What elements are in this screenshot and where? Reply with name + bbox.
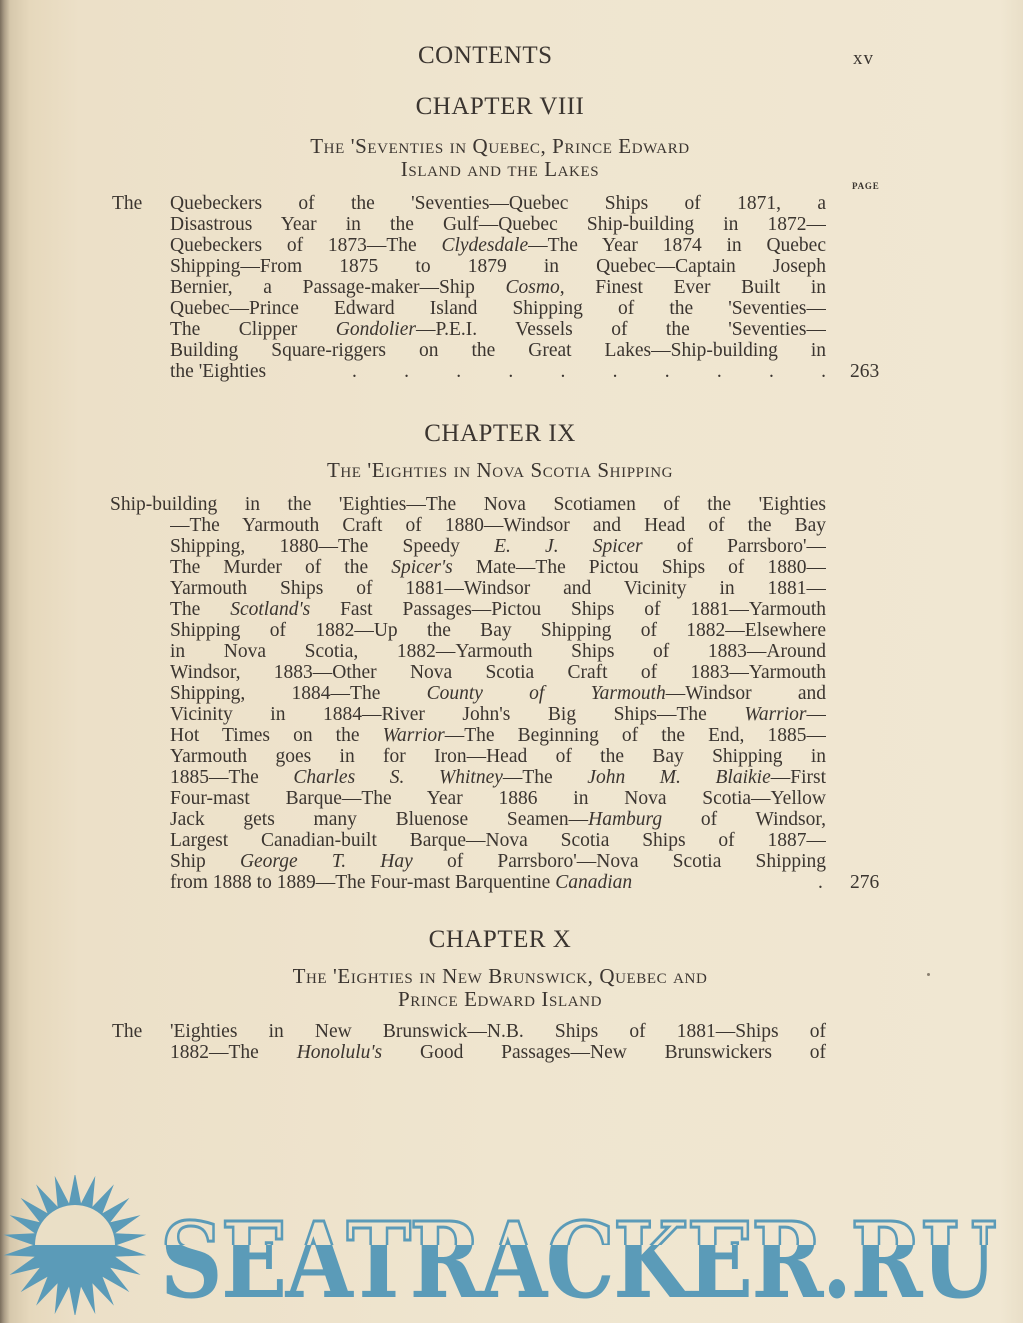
toc-line: in Nova Scotia, 1882—Yarmouth Ships of 1… xyxy=(170,641,826,662)
chapter-heading: CHAPTER IX xyxy=(0,420,1000,448)
toc-line: Hot Times on the Warrior—The Beginning o… xyxy=(170,725,826,746)
sun-icon xyxy=(4,1175,147,1315)
toc-line: Shipping of 1882—Up the Bay Shipping of … xyxy=(170,620,826,641)
toc-page-number[interactable]: 263 xyxy=(850,361,879,382)
toc-line: Four-mast Barque—The Year 1886 in Nova S… xyxy=(170,788,826,809)
chapter-heading: CHAPTER VIII xyxy=(0,93,1000,121)
dot-leaders: . xyxy=(818,872,828,893)
toc-line: Yarmouth Ships of 1881—Windsor and Vicin… xyxy=(170,578,826,599)
toc-line: 1885—The Charles S. Whitney—The John M. … xyxy=(170,767,826,788)
toc-line: the 'Eighties xyxy=(170,361,266,382)
toc-line: Ship George T. Hay of Parrsboro'—Nova Sc… xyxy=(170,851,826,872)
toc-line: —The Yarmouth Craft of 1880—Windsor and … xyxy=(170,515,826,536)
chapter-subtitle: Island and the Lakes xyxy=(0,157,1000,181)
toc-line: Windsor, 1883—Other Nova Scotia Craft of… xyxy=(170,662,826,683)
toc-line: Largest Canadian-built Barque—Nova Scoti… xyxy=(170,830,826,851)
watermark: SEATRACKER.RU SEATRACKER.RU xyxy=(0,1175,1023,1315)
toc-line: Ship-building in the 'Eighties—The Nova … xyxy=(110,494,826,515)
toc-line: 'Eighties in New Brunswick—N.B. Ships of… xyxy=(170,1021,826,1042)
toc-line: The Clipper Gondolier—P.E.I. Vessels of … xyxy=(170,319,826,340)
toc-line: Disastrous Year in the Gulf—Quebec Ship-… xyxy=(170,214,826,235)
running-head: CONTENTS xv xyxy=(0,42,1023,72)
chapter-heading: CHAPTER X xyxy=(0,926,1000,954)
toc-line: Bernier, a Passage-maker—Ship Cosmo, Fin… xyxy=(170,277,826,298)
dot-leaders: . . . . . . . . . . xyxy=(352,361,826,382)
toc-line: Quebec—Prince Edward Island Shipping of … xyxy=(170,298,826,319)
paper-speck xyxy=(927,973,930,976)
page-column-label: PAGE xyxy=(852,181,880,191)
toc-line: Jack gets many Bluenose Seamen—Hamburg o… xyxy=(170,809,826,830)
chapter-subtitle: Prince Edward Island xyxy=(0,987,1000,1011)
chapter-subtitle: The 'Seventies in Quebec, Prince Edward xyxy=(0,134,1000,158)
toc-page-number[interactable]: 276 xyxy=(850,872,879,893)
toc-line: Shipping—From 1875 to 1879 in Quebec—Cap… xyxy=(170,256,826,277)
book-page: CONTENTS xv CHAPTER VIII The 'Seventies … xyxy=(0,0,1023,1323)
toc-line: Quebeckers of the 'Seventies—Quebec Ship… xyxy=(170,193,826,214)
page-folio: xv xyxy=(853,48,874,70)
chapter-subtitle: The 'Eighties in New Brunswick, Quebec a… xyxy=(0,964,1000,988)
running-title: CONTENTS xyxy=(418,42,553,70)
toc-line-lead: The xyxy=(112,193,142,214)
toc-line: Vicinity in 1884—River John's Big Ships—… xyxy=(170,704,826,725)
toc-line: Shipping, 1880—The Speedy E. J. Spicer o… xyxy=(170,536,826,557)
toc-line: Yarmouth goes in for Iron—Head of the Ba… xyxy=(170,746,826,767)
toc-line-lead: The xyxy=(112,1021,142,1042)
chapter-subtitle: The 'Eighties in Nova Scotia Shipping xyxy=(0,458,1000,482)
toc-line: from 1888 to 1889—The Four-mast Barquent… xyxy=(170,872,632,893)
toc-line: Shipping, 1884—The County of Yarmouth—Wi… xyxy=(170,683,826,704)
toc-line: Building Square-riggers on the Great Lak… xyxy=(170,340,826,361)
toc-line: Quebeckers of 1873—The Clydesdale—The Ye… xyxy=(170,235,826,256)
toc-line: 1882—The Honolulu's Good Passages—New Br… xyxy=(170,1042,826,1063)
toc-line: The Scotland's Fast Passages—Pictou Ship… xyxy=(170,599,826,620)
toc-line: The Murder of the Spicer's Mate—The Pict… xyxy=(170,557,826,578)
